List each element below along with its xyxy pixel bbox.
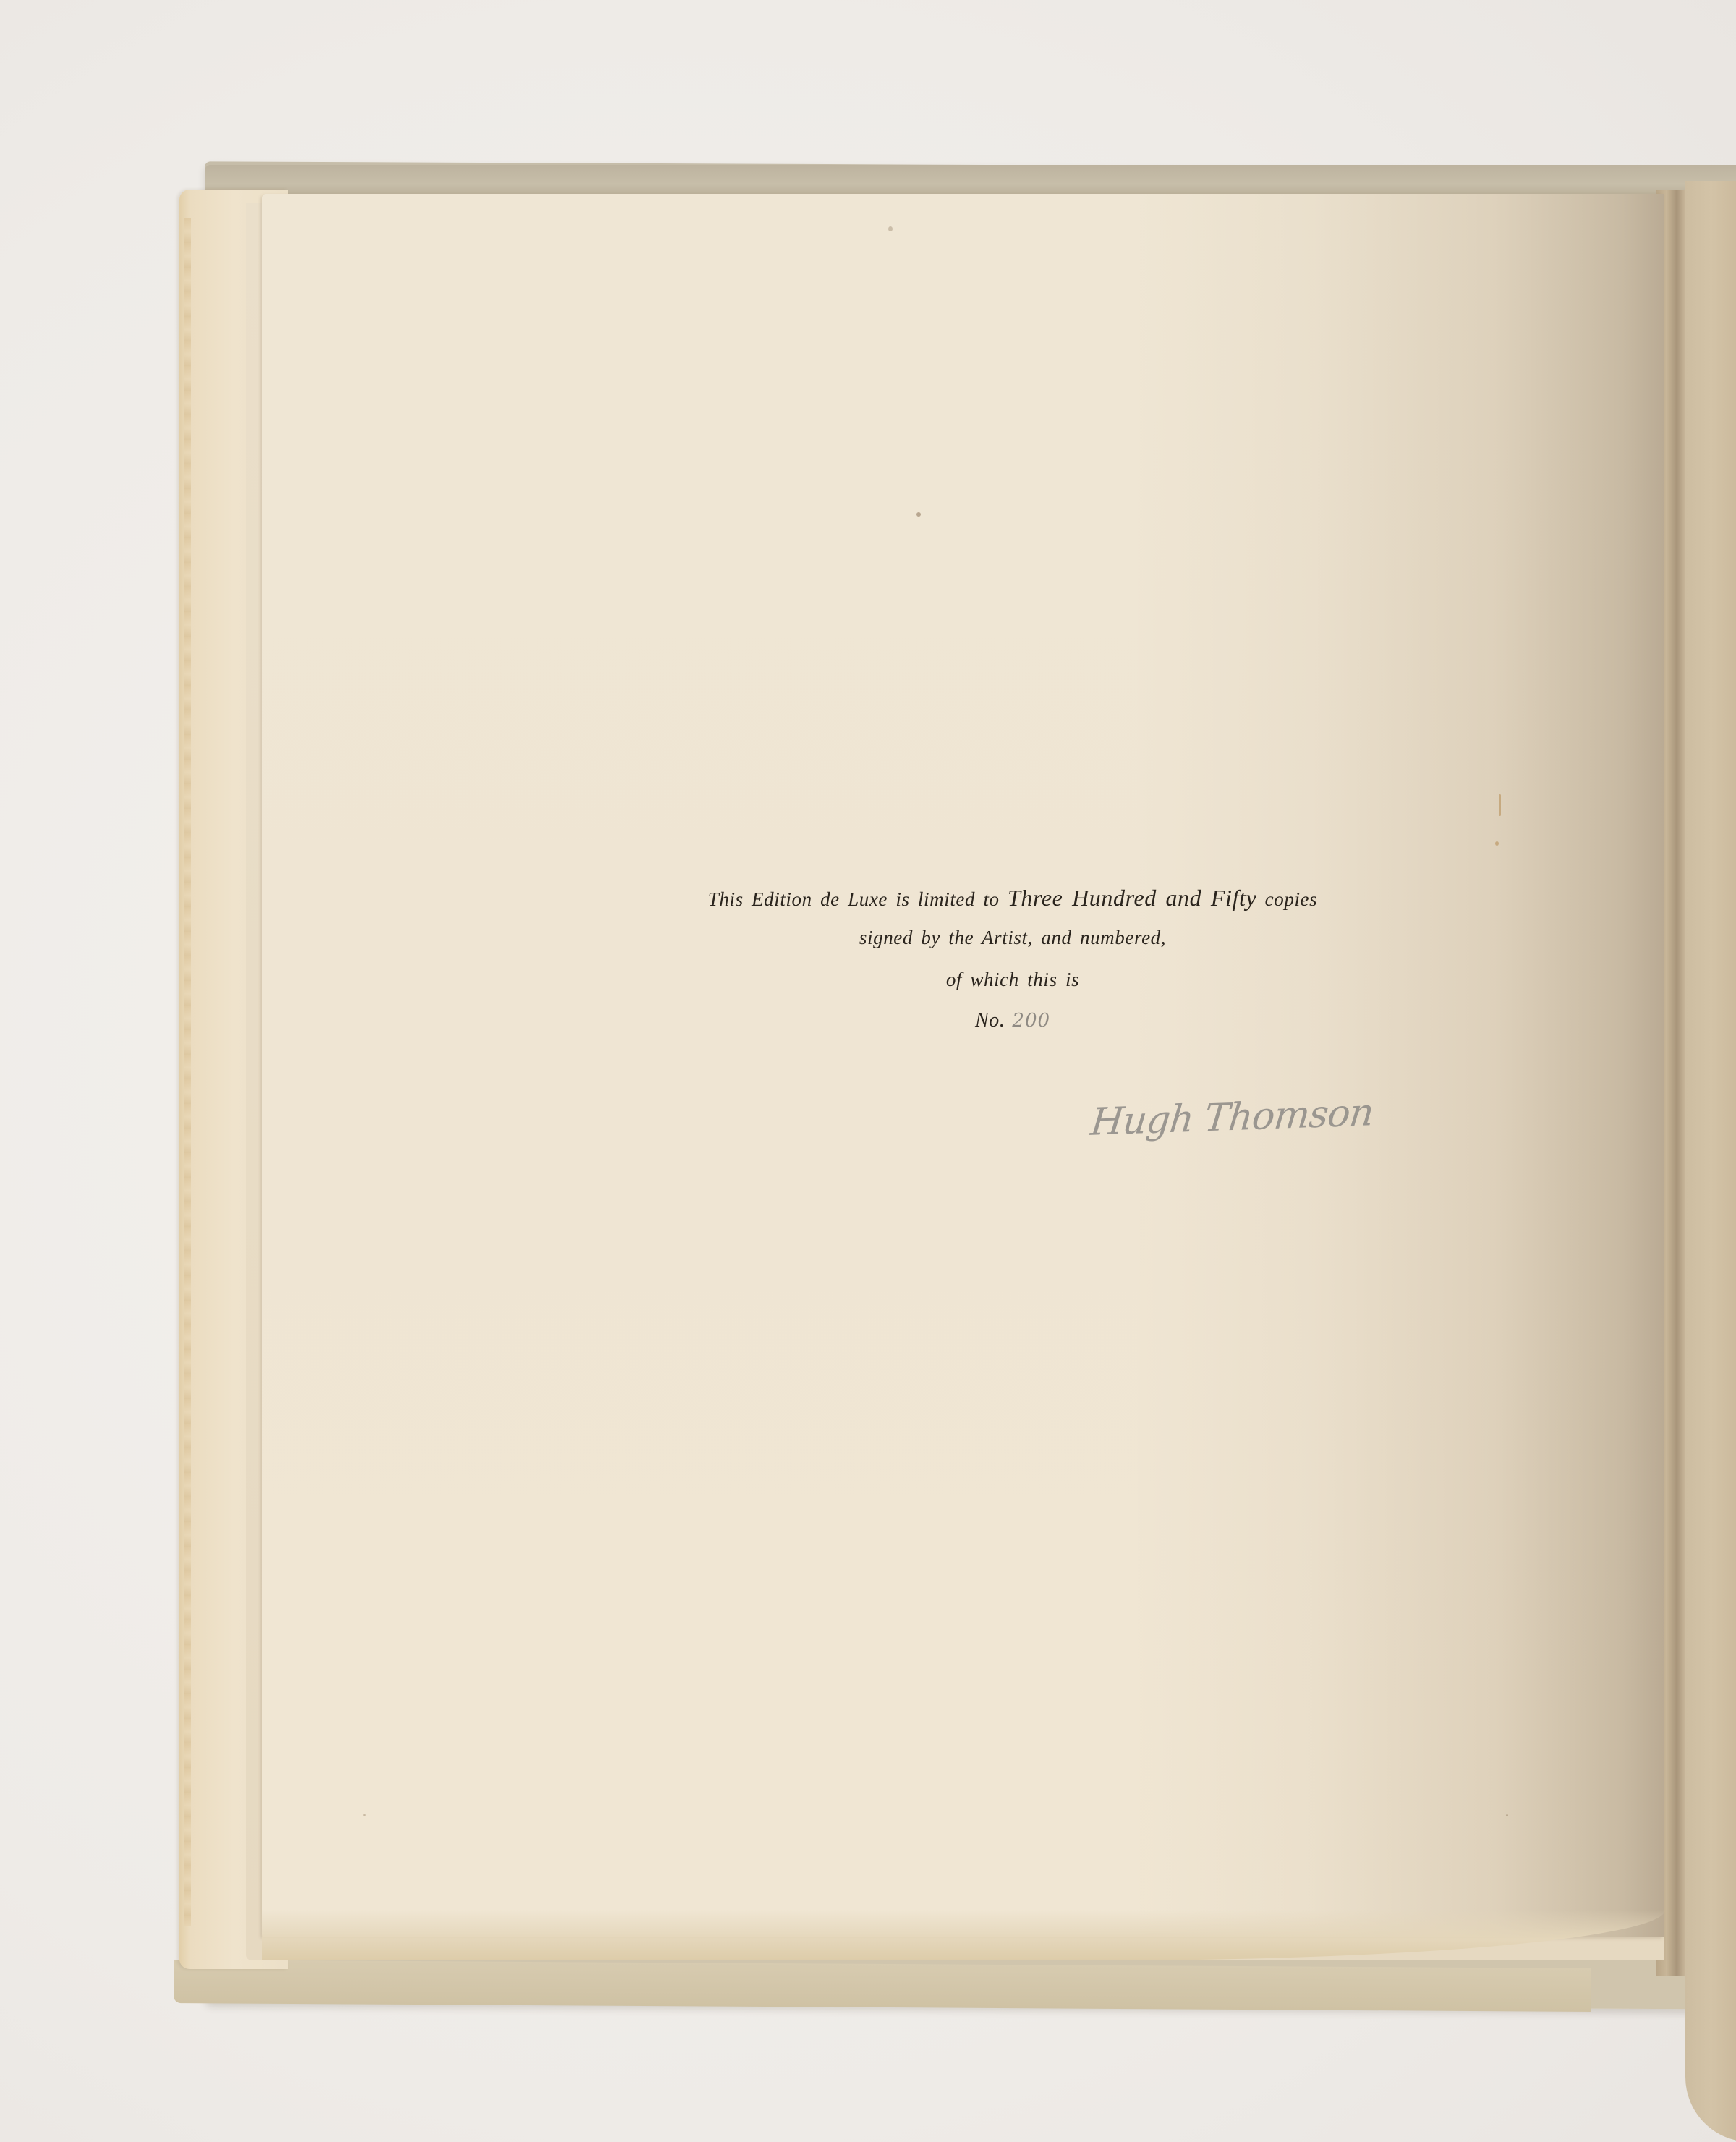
foxing-speck bbox=[888, 226, 893, 231]
cover-bottom-edge bbox=[174, 1960, 1591, 2012]
limitation-page bbox=[262, 194, 1664, 1937]
foxing-speck bbox=[916, 512, 921, 517]
notice-line-1-part-2: Three Hundred and Fifty bbox=[1008, 885, 1256, 911]
handwritten-copy-number: 200 bbox=[1012, 1010, 1050, 1032]
notice-line-3: of which this is bbox=[506, 970, 1519, 990]
number-label: No. bbox=[975, 1009, 1005, 1032]
notice-number-line: No.200 bbox=[506, 1011, 1519, 1031]
foxing-speck bbox=[1506, 1814, 1508, 1816]
notice-line-1: This Edition de Luxe is limited to Three… bbox=[506, 886, 1519, 909]
notice-line-1-part-3: copies bbox=[1265, 888, 1318, 910]
foxing-speck bbox=[363, 1814, 366, 1816]
facing-page bbox=[1685, 181, 1736, 2142]
foxing-speck bbox=[1499, 794, 1501, 816]
foxing-speck bbox=[1495, 841, 1499, 846]
notice-line-2: signed by the Artist, and numbered, bbox=[506, 928, 1519, 948]
notice-line-1-part-1: This Edition de Luxe is limited to bbox=[708, 888, 1000, 910]
cover-top-edge bbox=[205, 165, 1736, 197]
